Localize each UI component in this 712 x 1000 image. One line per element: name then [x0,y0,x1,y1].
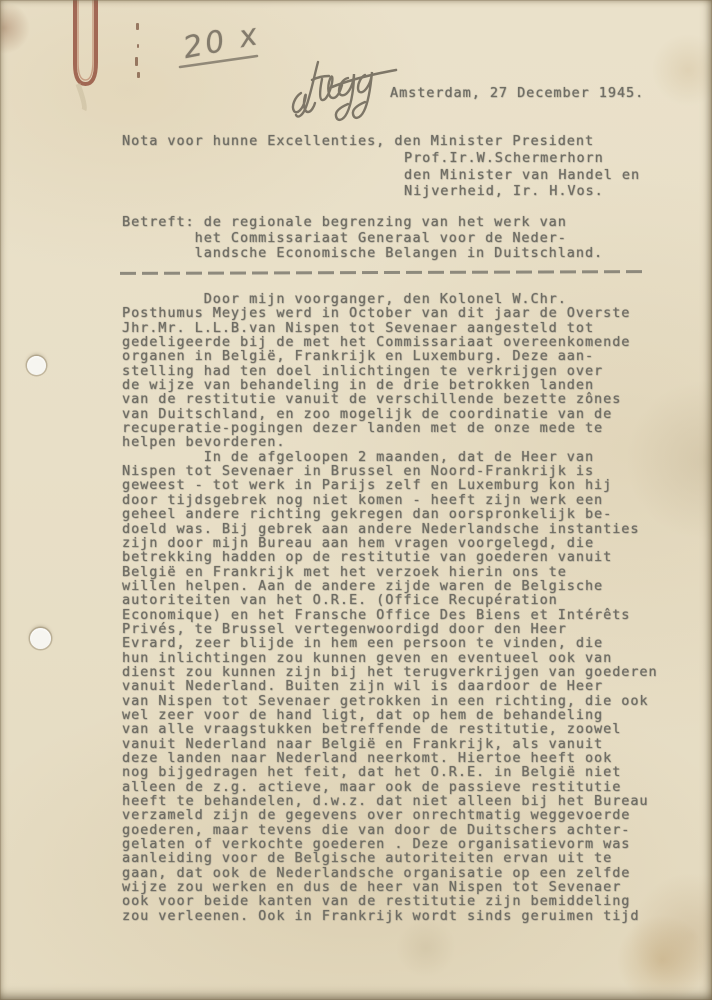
body-line: van Nispen tot Sevenaer getrokken in een… [122,694,658,708]
body-line: verzameld zijn de gegevens over onrechtm… [122,808,658,822]
body-line: vanuit Nederland. Buiten zijn wil is daa… [122,679,658,693]
subject-line: landsche Economische Belangen in Duitsch… [122,246,603,262]
body-line: Evrard, zeer blijde in hem een persoon t… [122,636,658,650]
subject-block: Betreft: de regionale begrenzing van het… [122,215,603,262]
recipient-line: Prof.Ir.W.Schermerhorn [404,150,640,167]
body-line: België en Frankrijk met het verzoek hier… [122,565,658,579]
body-line: helpen bevorderen. [122,435,658,449]
body-line: zou verleenen. Ook in Frankrijk wordt si… [122,909,658,923]
body-line: In de afgeloopen 2 maanden, dat de Heer … [122,450,658,464]
body-line: alleen de z.g. actieve, maar ook de pass… [122,780,658,794]
recipient-line: Nijverheid, Ir. H.Vos. [404,183,640,200]
body-line: door tijdsgebrek nog niet komen - heeft … [122,493,658,507]
body-line: geweest - tot werk in Parijs zelf en Lux… [122,478,658,492]
body-line: goederen, maar tevens die van door de Du… [122,823,658,837]
date-line: Amsterdam, 27 December 1945. [390,85,644,101]
body-line: stelling had ten doel inlichtingen te ve… [122,364,658,378]
body-line: Posthumus Meyjes werd in October van dit… [122,306,658,320]
handwritten-note: 20 x [180,17,263,66]
document-scan: 20 x Amsterdam, 27 December 1945. Nota v… [0,0,712,1000]
body-line: autoriteiten van het O.R.E. (Office Recu… [122,593,658,607]
subject-line: Betreft: de regionale begrenzing van het… [122,215,603,231]
body-line: vanuit Nederland naar België en Frankrij… [122,737,658,751]
body-line: betrekking hadden op de restitutie van g… [122,550,658,564]
body-line: van alle vraagstukken betreffende de res… [122,722,658,736]
body-line: aanleiding voor de Belgische autoriteite… [122,851,658,865]
body-line: van de restitutie vanuit de verschillend… [122,392,658,406]
punch-hole-bottom [30,628,51,649]
address-line: Nota voor hunne Excellenties, den Minist… [122,133,594,149]
body-line: hun inlichtingen zou kunnen geven en eve… [122,651,658,665]
body-line: van Duitschland, en zoo mogelijk de coor… [122,407,658,421]
body-line: Jhr.Mr. L.L.B.van Nispen tot Sevenaer aa… [122,321,658,335]
body-line: doeld was. Bij gebrek aan andere Nederla… [122,522,658,536]
punch-hole-top [27,356,46,375]
recipients-block: Prof.Ir.W.Schermerhornden Minister van H… [404,150,640,200]
body-text: Door mijn voorganger, den Kolonel W.Chr.… [122,292,658,923]
body-line: Economique) en het Fransche Office Des B… [122,608,658,622]
recipient-line: den Minister van Handel en [404,167,640,184]
body-line: ook voor beide kanten van de restitutie … [122,894,658,908]
body-line: organen in België, Frankrijk en Luxembur… [122,349,658,363]
pencil-scribble-icon [293,62,396,120]
body-line: geheel andere richting gekregen dan oors… [122,507,658,521]
body-line: nog bijgedragen het feit, dat het O.R.E.… [122,765,658,779]
body-line: gaan, dat ook de Nederlandsche organisat… [122,866,658,880]
subject-line: het Commissariaat Generaal voor de Neder… [122,231,603,247]
separator-rule [120,270,648,275]
paperclip-rust-icon [75,0,96,110]
rust-dots-icon [135,23,140,78]
